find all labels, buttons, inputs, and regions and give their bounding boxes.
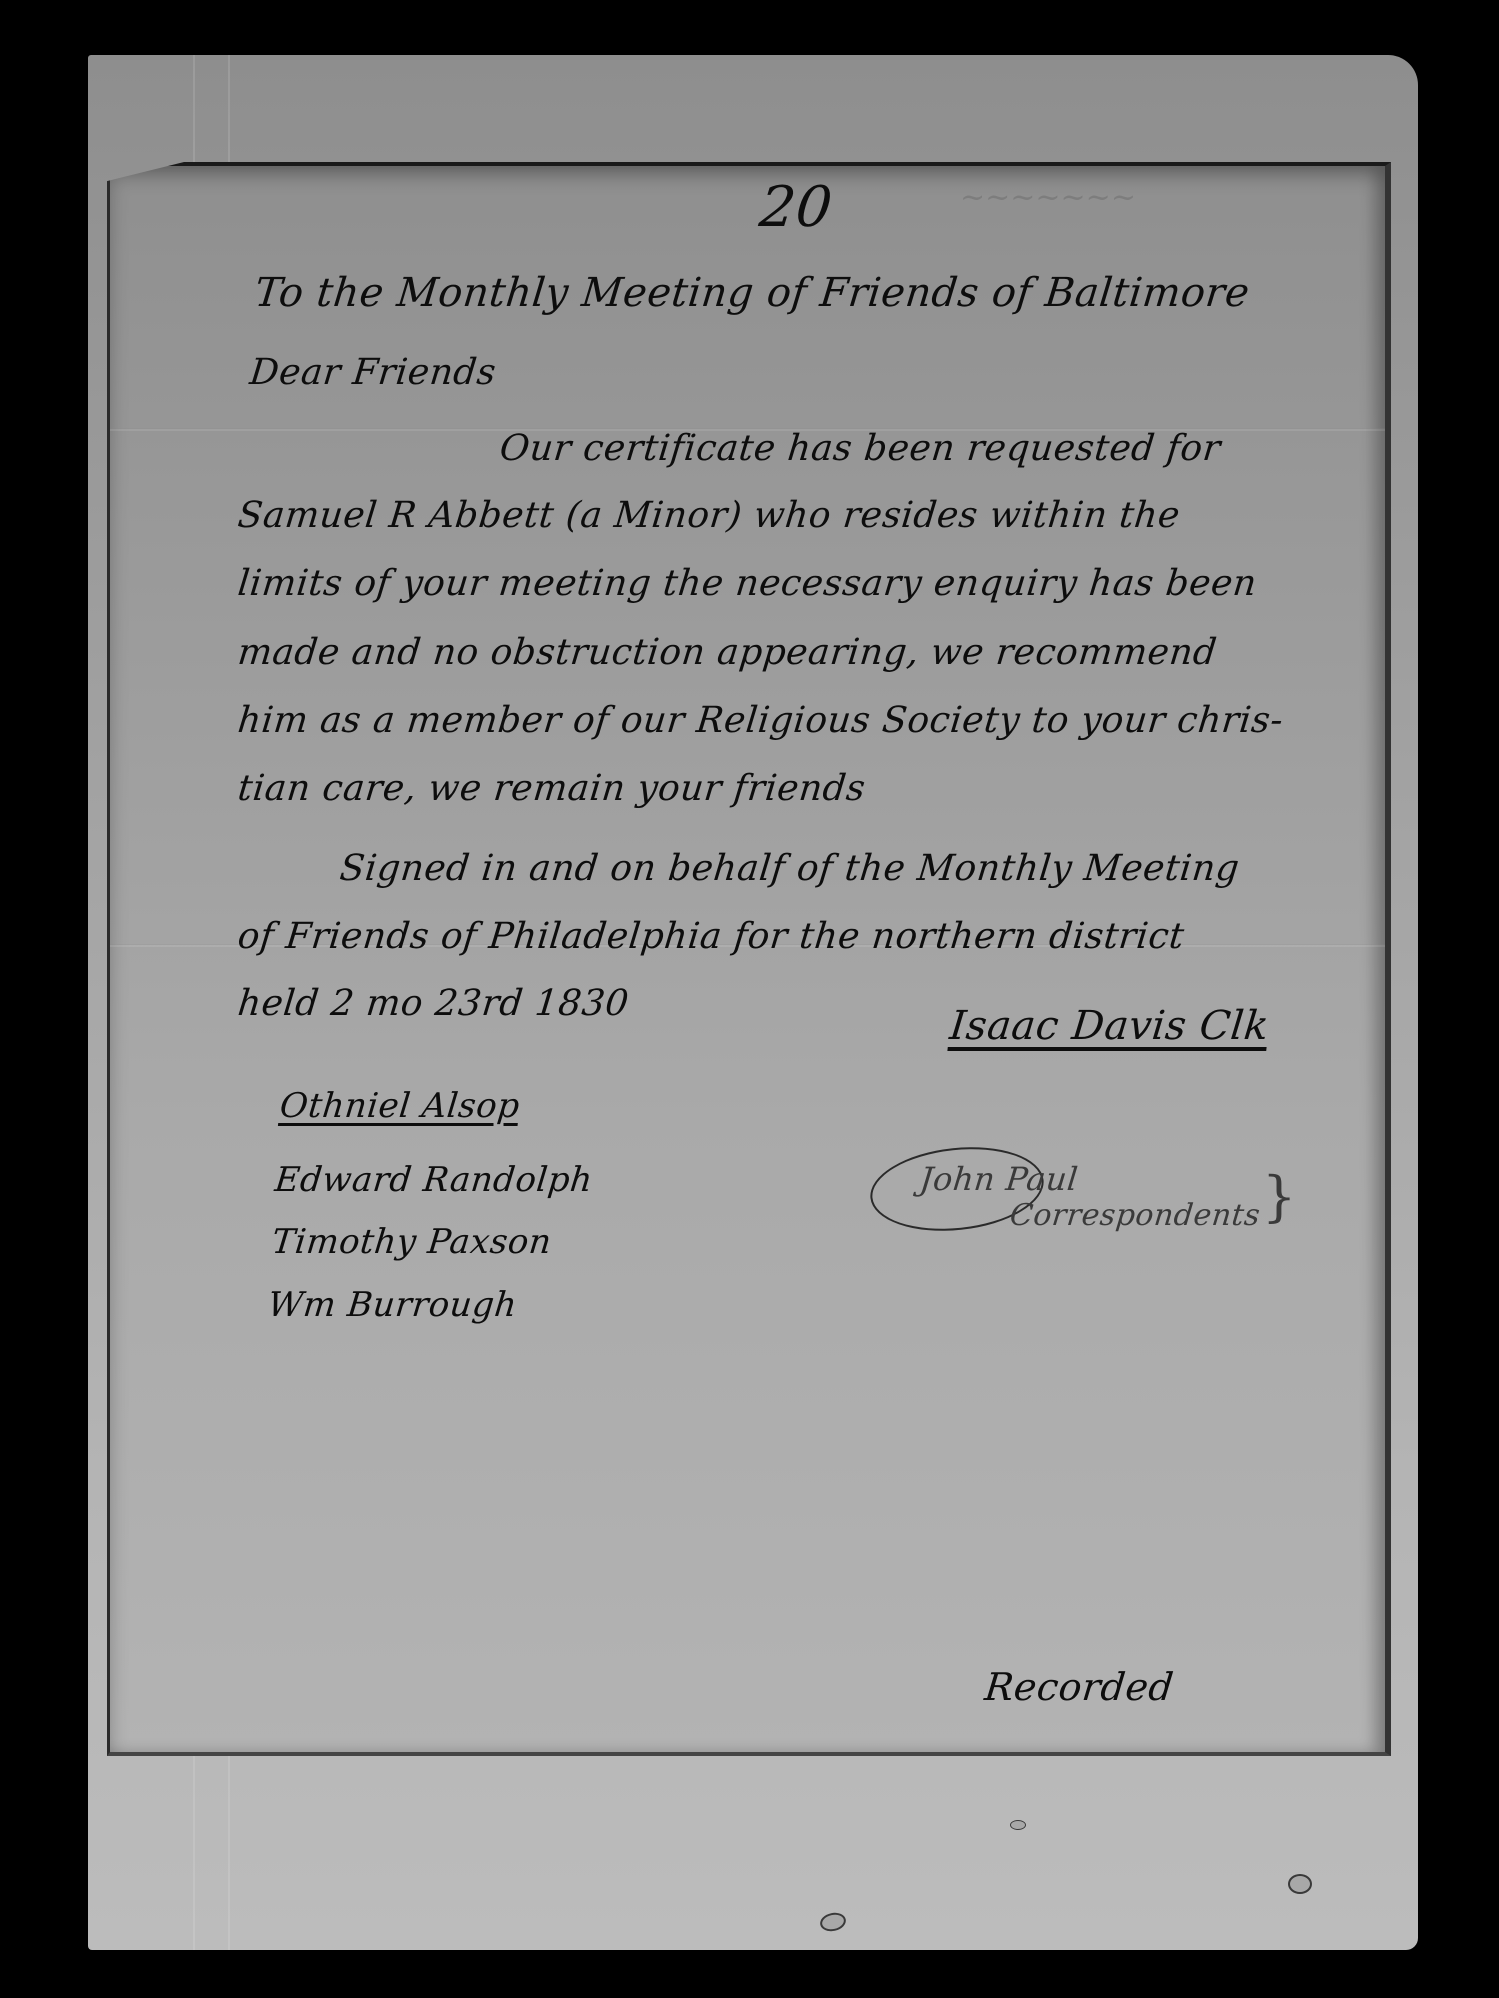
body-line: him as a member of our Religious Society… bbox=[236, 700, 1285, 741]
address-line: To the Monthly Meeting of Friends of Bal… bbox=[253, 270, 1252, 316]
signatory: Timothy Paxson bbox=[270, 1222, 554, 1262]
correspondent-role: Correspondents bbox=[1008, 1198, 1262, 1233]
closing-line: of Friends of Philadelphia for the north… bbox=[236, 916, 1187, 957]
recorded-note: Recorded bbox=[983, 1665, 1176, 1709]
body-line: made and no obstruction appearing, we re… bbox=[236, 632, 1219, 673]
signatory: Othniel Alsop bbox=[278, 1086, 522, 1126]
body-line: limits of your meeting the necessary enq… bbox=[236, 563, 1259, 604]
closing-line: Signed in and on behalf of the Monthly M… bbox=[338, 848, 1242, 889]
body-line: Samuel R Abbett (a Minor) who resides wi… bbox=[236, 495, 1182, 536]
paper-hole bbox=[1288, 1874, 1312, 1894]
letter-sheet bbox=[107, 162, 1391, 1756]
bleed-through-text: ~~~~~~~ bbox=[960, 180, 1136, 215]
signatory: Wm Burrough bbox=[266, 1285, 519, 1325]
correspondent-name: John Paul bbox=[918, 1160, 1080, 1198]
body-line: Our certificate has been requested for bbox=[498, 428, 1223, 469]
clerk-signature: Isaac Davis Clk bbox=[948, 1003, 1272, 1049]
body-line: tian care, we remain your friends bbox=[236, 768, 868, 809]
signatory: Edward Randolph bbox=[273, 1160, 595, 1200]
salutation: Dear Friends bbox=[248, 352, 498, 393]
brace-mark: } bbox=[1262, 1165, 1297, 1228]
paper-hole bbox=[1010, 1820, 1026, 1830]
date-line: held 2 mo 23rd 1830 bbox=[236, 983, 631, 1024]
page-number: 20 bbox=[757, 175, 836, 240]
